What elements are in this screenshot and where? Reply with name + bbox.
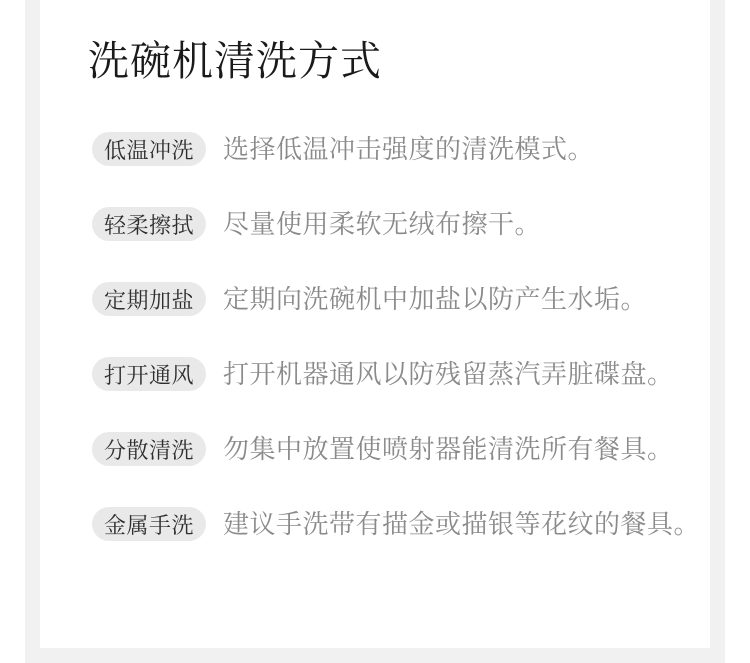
tips-list: 低温冲洗 选择低温冲击强度的清洗模式。 轻柔擦拭 尽量使用柔软无绒布擦干。 定期…: [40, 132, 710, 541]
tip-row: 定期加盐 定期向洗碗机中加盐以防产生水垢。: [92, 282, 710, 316]
tip-badge: 分散清洗: [92, 432, 206, 466]
tip-row: 低温冲洗 选择低温冲击强度的清洗模式。: [92, 132, 710, 166]
page-title: 洗碗机清洗方式: [40, 0, 710, 83]
gray-frame: 洗碗机清洗方式 低温冲洗 选择低温冲击强度的清洗模式。 轻柔擦拭 尽量使用柔软无…: [25, 0, 725, 663]
page: 洗碗机清洗方式 低温冲洗 选择低温冲击强度的清洗模式。 轻柔擦拭 尽量使用柔软无…: [0, 0, 750, 663]
tip-badge: 金属手洗: [92, 507, 206, 541]
tip-badge: 定期加盐: [92, 282, 206, 316]
tip-description: 打开机器通风以防残留蒸汽弄脏碟盘。: [223, 357, 674, 391]
tip-description: 选择低温冲击强度的清洗模式。: [223, 132, 594, 166]
tip-row: 金属手洗 建议手洗带有描金或描银等花纹的餐具。: [92, 507, 710, 541]
tip-description: 建议手洗带有描金或描银等花纹的餐具。: [223, 507, 700, 541]
tip-description: 勿集中放置使喷射器能清洗所有餐具。: [223, 432, 674, 466]
tip-row: 分散清洗 勿集中放置使喷射器能清洗所有餐具。: [92, 432, 710, 466]
tip-description: 尽量使用柔软无绒布擦干。: [223, 207, 541, 241]
content-card: 洗碗机清洗方式 低温冲洗 选择低温冲击强度的清洗模式。 轻柔擦拭 尽量使用柔软无…: [40, 0, 710, 648]
tip-description: 定期向洗碗机中加盐以防产生水垢。: [223, 282, 647, 316]
tip-badge: 打开通风: [92, 357, 206, 391]
tip-badge: 低温冲洗: [92, 132, 206, 166]
tip-row: 打开通风 打开机器通风以防残留蒸汽弄脏碟盘。: [92, 357, 710, 391]
tip-row: 轻柔擦拭 尽量使用柔软无绒布擦干。: [92, 207, 710, 241]
tip-badge: 轻柔擦拭: [92, 207, 206, 241]
